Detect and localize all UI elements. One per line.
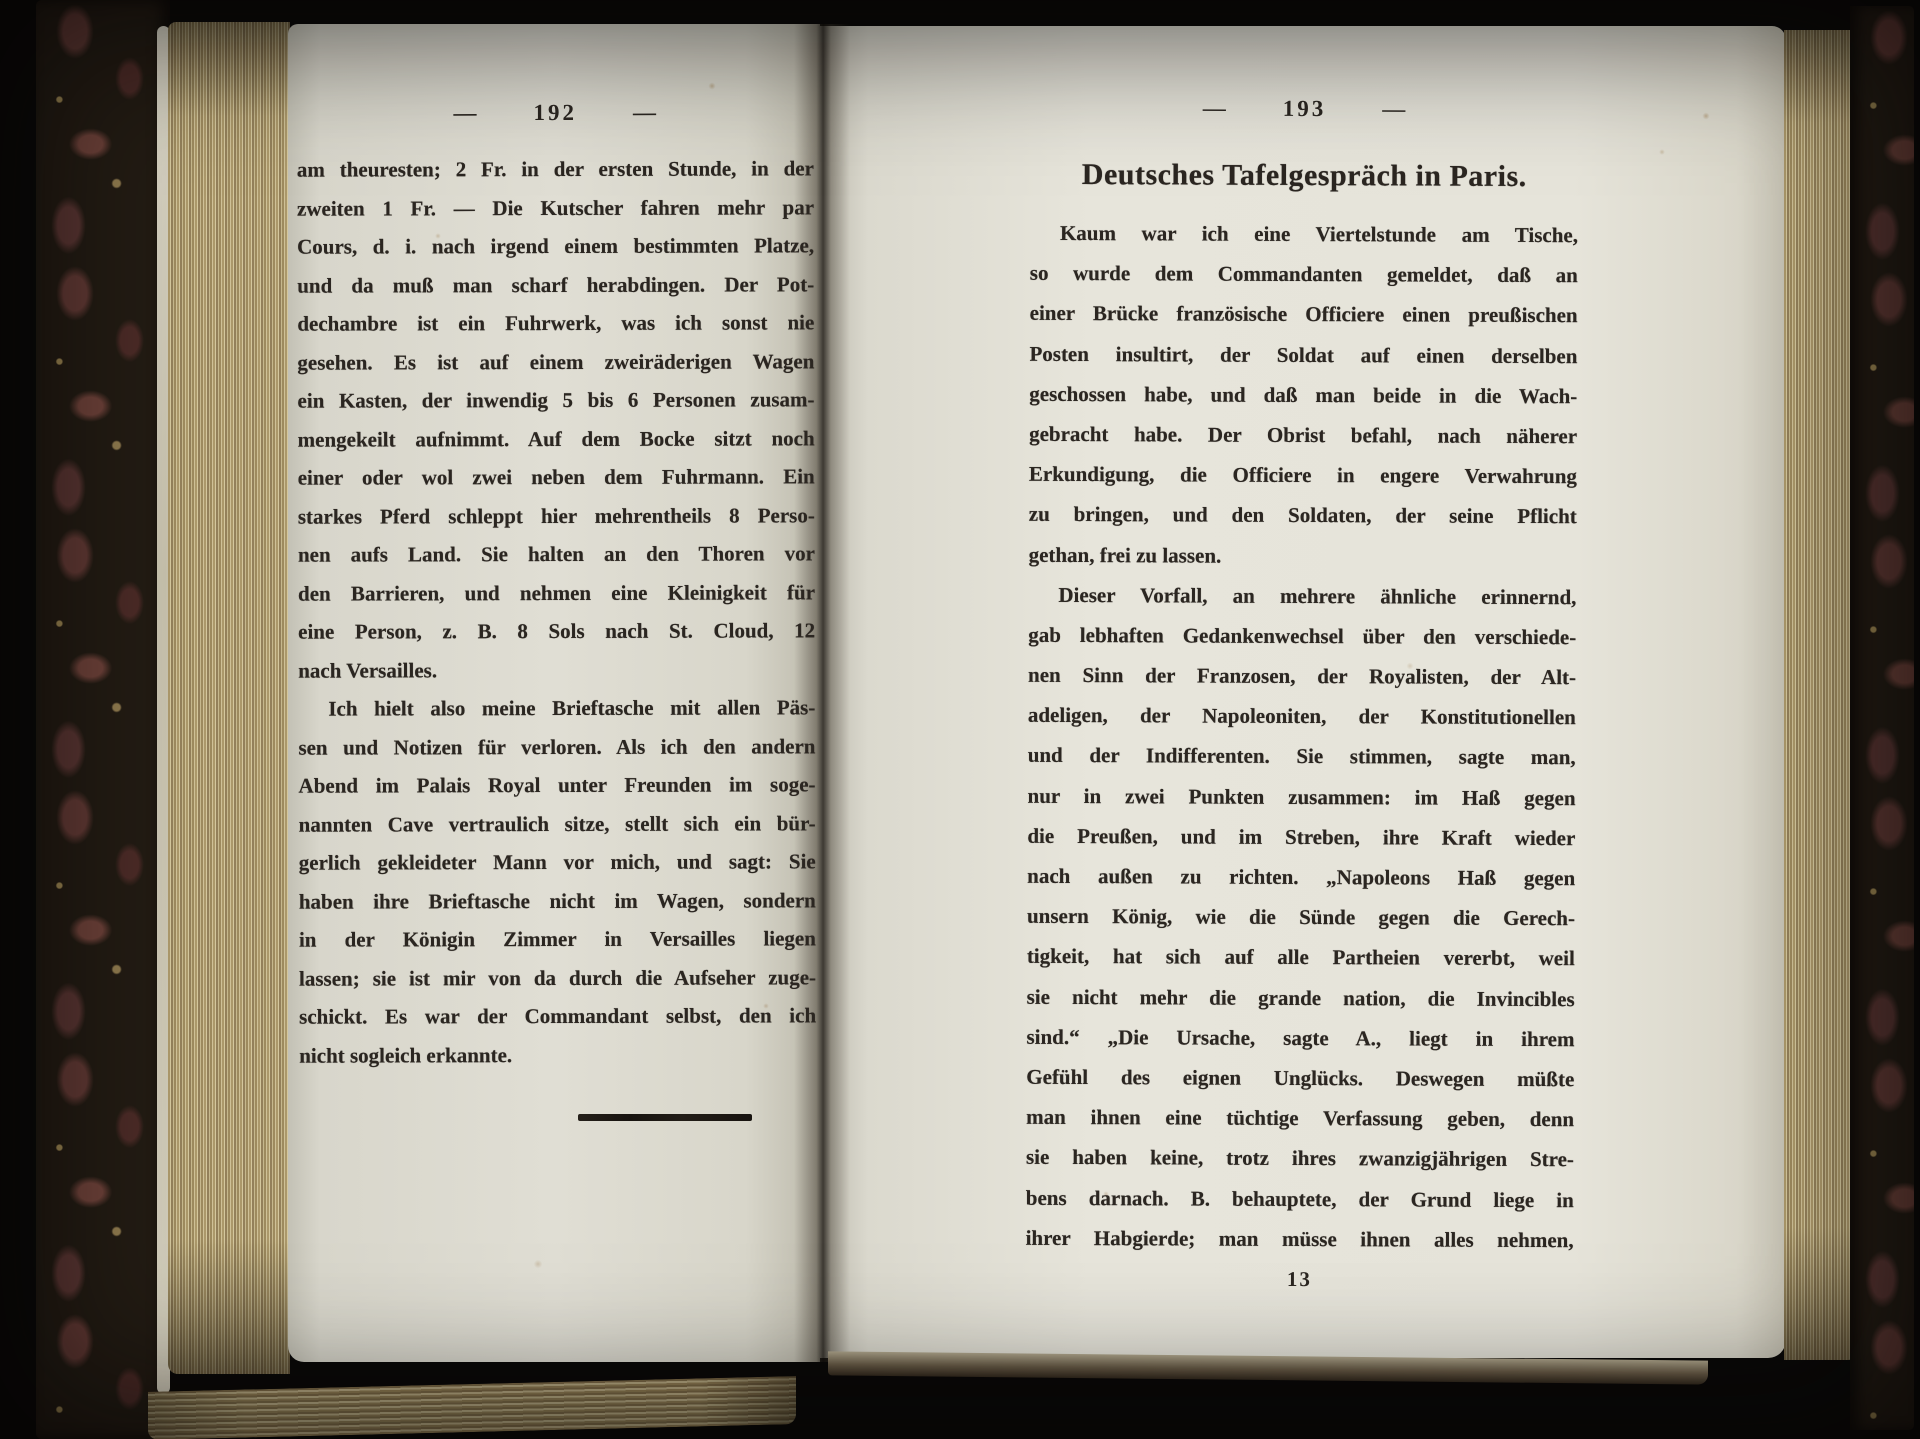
text-line: sen und Notizen für verloren. Als ich de… — [298, 727, 815, 767]
text-line: tigkeit, hat sich auf alle Partheien ver… — [1027, 936, 1575, 979]
text-line: und der Indifferenten. Sie stimmen, sagt… — [1028, 735, 1576, 778]
text-line: gebracht habe. Der Obrist befahl, nach n… — [1029, 414, 1577, 457]
text-line: nen Sinn der Franzosen, der Royalisten, … — [1028, 655, 1576, 698]
text-line: am theuresten; 2 Fr. in der ersten Stund… — [297, 149, 814, 189]
right-page-text: — 193 — Deutsches Tafelgespräch in Paris… — [1025, 91, 1578, 1293]
text-line: einer oder wol zwei neben dem Fuhrmann. … — [298, 457, 815, 497]
text-line: gethan, frei zu lassen. — [1029, 534, 1577, 577]
text-line: und da muß man scharf herabdingen. Der P… — [297, 265, 814, 305]
text-line: sie haben keine, trotz ihres zwanzigjähr… — [1026, 1137, 1574, 1180]
text-line: Posten insultirt, der Soldat auf einen d… — [1029, 333, 1577, 376]
header-dash: — — [1382, 92, 1406, 126]
text-line: lassen; sie ist mir von da durch die Auf… — [299, 958, 816, 998]
text-line: nach Versailles. — [298, 650, 815, 690]
text-line: unsern König, wie die Sünde gegen die Ge… — [1027, 896, 1575, 939]
text-line: eine Person, z. B. 8 Sols nach St. Cloud… — [298, 611, 815, 651]
book-photo: — 192 — am theuresten; 2 Fr. in der erst… — [0, 0, 1920, 1439]
text-line: gab lebhaften Gedankenwechsel über den v… — [1028, 615, 1576, 658]
signature-mark: 13 — [1025, 1266, 1573, 1293]
right-page-body: Kaum war ich eine Viertelstunde am Tisch… — [1026, 213, 1579, 1260]
text-line: gerlich gekleideter Mann vor mich, und s… — [299, 842, 816, 882]
text-line: sie nicht mehr die grande nation, die In… — [1027, 976, 1575, 1019]
bottom-page-edges-left — [148, 1376, 796, 1439]
header-dash: — — [633, 96, 657, 130]
left-marbled-cover — [36, 0, 170, 1439]
text-line: Cours, d. i. nach irgend einem bestimmte… — [297, 226, 814, 266]
text-line: nach außen zu richten. „Napoleons Haß ge… — [1027, 856, 1575, 899]
text-line: geschossen habe, und daß man beide in di… — [1029, 374, 1577, 417]
text-line: adeligen, der Napoleoniten, der Konstitu… — [1028, 695, 1576, 738]
text-line: die Preußen, und im Streben, ihre Kraft … — [1027, 816, 1575, 859]
text-line: gesehen. Es ist auf einem zweiräderigen … — [297, 342, 814, 382]
right-page-number: 193 — [1283, 92, 1327, 126]
text-line: Abend im Palais Royal unter Freunden im … — [298, 765, 815, 805]
text-line: Gefühl des eignen Unglücks. Deswegen müß… — [1026, 1057, 1574, 1100]
text-line: Ich hielt also meine Brieftasche mit all… — [298, 688, 815, 728]
text-line: Dieser Vorfall, an mehrere ähnliche erin… — [1028, 574, 1576, 617]
text-line: nicht sogleich erkannte. — [299, 1035, 816, 1075]
left-page-header: — 192 — — [297, 95, 814, 130]
left-page-body: am theuresten; 2 Fr. in der ersten Stund… — [297, 149, 816, 1074]
text-line: bens darnach. B. behauptete, der Grund l… — [1026, 1177, 1574, 1220]
text-line: Kaum war ich eine Viertelstunde am Tisch… — [1030, 213, 1578, 256]
chapter-title: Deutsches Tafelgespräch in Paris. — [1030, 151, 1578, 201]
text-line: nen aufs Land. Sie halten an den Thoren … — [298, 534, 815, 574]
text-line: ihrer Habgierde; man müsse ihnen alles n… — [1026, 1217, 1574, 1260]
right-page-fore-edges — [1784, 30, 1856, 1360]
header-dash: — — [1203, 92, 1227, 126]
text-line: den Barrieren, und nehmen eine Kleinigke… — [298, 573, 815, 613]
right-page-header: — 193 — — [1030, 91, 1578, 127]
text-line: man ihnen eine tüchtige Verfassung geben… — [1026, 1097, 1574, 1140]
left-page-text: — 192 — am theuresten; 2 Fr. in der erst… — [297, 95, 817, 1074]
section-divider-rule — [578, 1114, 752, 1121]
text-line: in der Königin Zimmer in Versailles lieg… — [299, 919, 816, 959]
text-line: nur in zwei Punkten zusammen: im Haß geg… — [1027, 775, 1575, 818]
text-line: zu bringen, und den Soldaten, der seine … — [1029, 494, 1577, 537]
text-line: Erkundigung, die Officiere in engere Ver… — [1029, 454, 1577, 497]
right-marbled-cover — [1850, 6, 1914, 1430]
left-page-number: 192 — [533, 96, 577, 130]
text-line: schickt. Es war der Commandant selbst, d… — [299, 996, 816, 1036]
text-line: ein Kasten, der inwendig 5 bis 6 Persone… — [297, 380, 814, 420]
header-dash: — — [453, 96, 477, 130]
text-line: mengekeilt aufnimmt. Auf dem Bocke sitzt… — [298, 419, 815, 459]
text-line: einer Brücke französische Officiere eine… — [1030, 293, 1578, 336]
text-line: nannten Cave vertraulich sitze, stellt s… — [299, 804, 816, 844]
text-line: so wurde dem Commandanten gemeldet, daß … — [1030, 253, 1578, 296]
text-line: haben ihre Brieftasche nicht im Wagen, s… — [299, 881, 816, 921]
left-page-fore-edges — [168, 22, 290, 1374]
text-line: sind.“ „Die Ursache, sagte A., liegt in … — [1026, 1017, 1574, 1060]
text-line: zweiten 1 Fr. — Die Kutscher fahren mehr… — [297, 188, 814, 228]
text-line: dechambre ist ein Fuhrwerk, was ich sons… — [297, 303, 814, 343]
text-line: starkes Pferd schleppt hier mehrentheils… — [298, 496, 815, 536]
